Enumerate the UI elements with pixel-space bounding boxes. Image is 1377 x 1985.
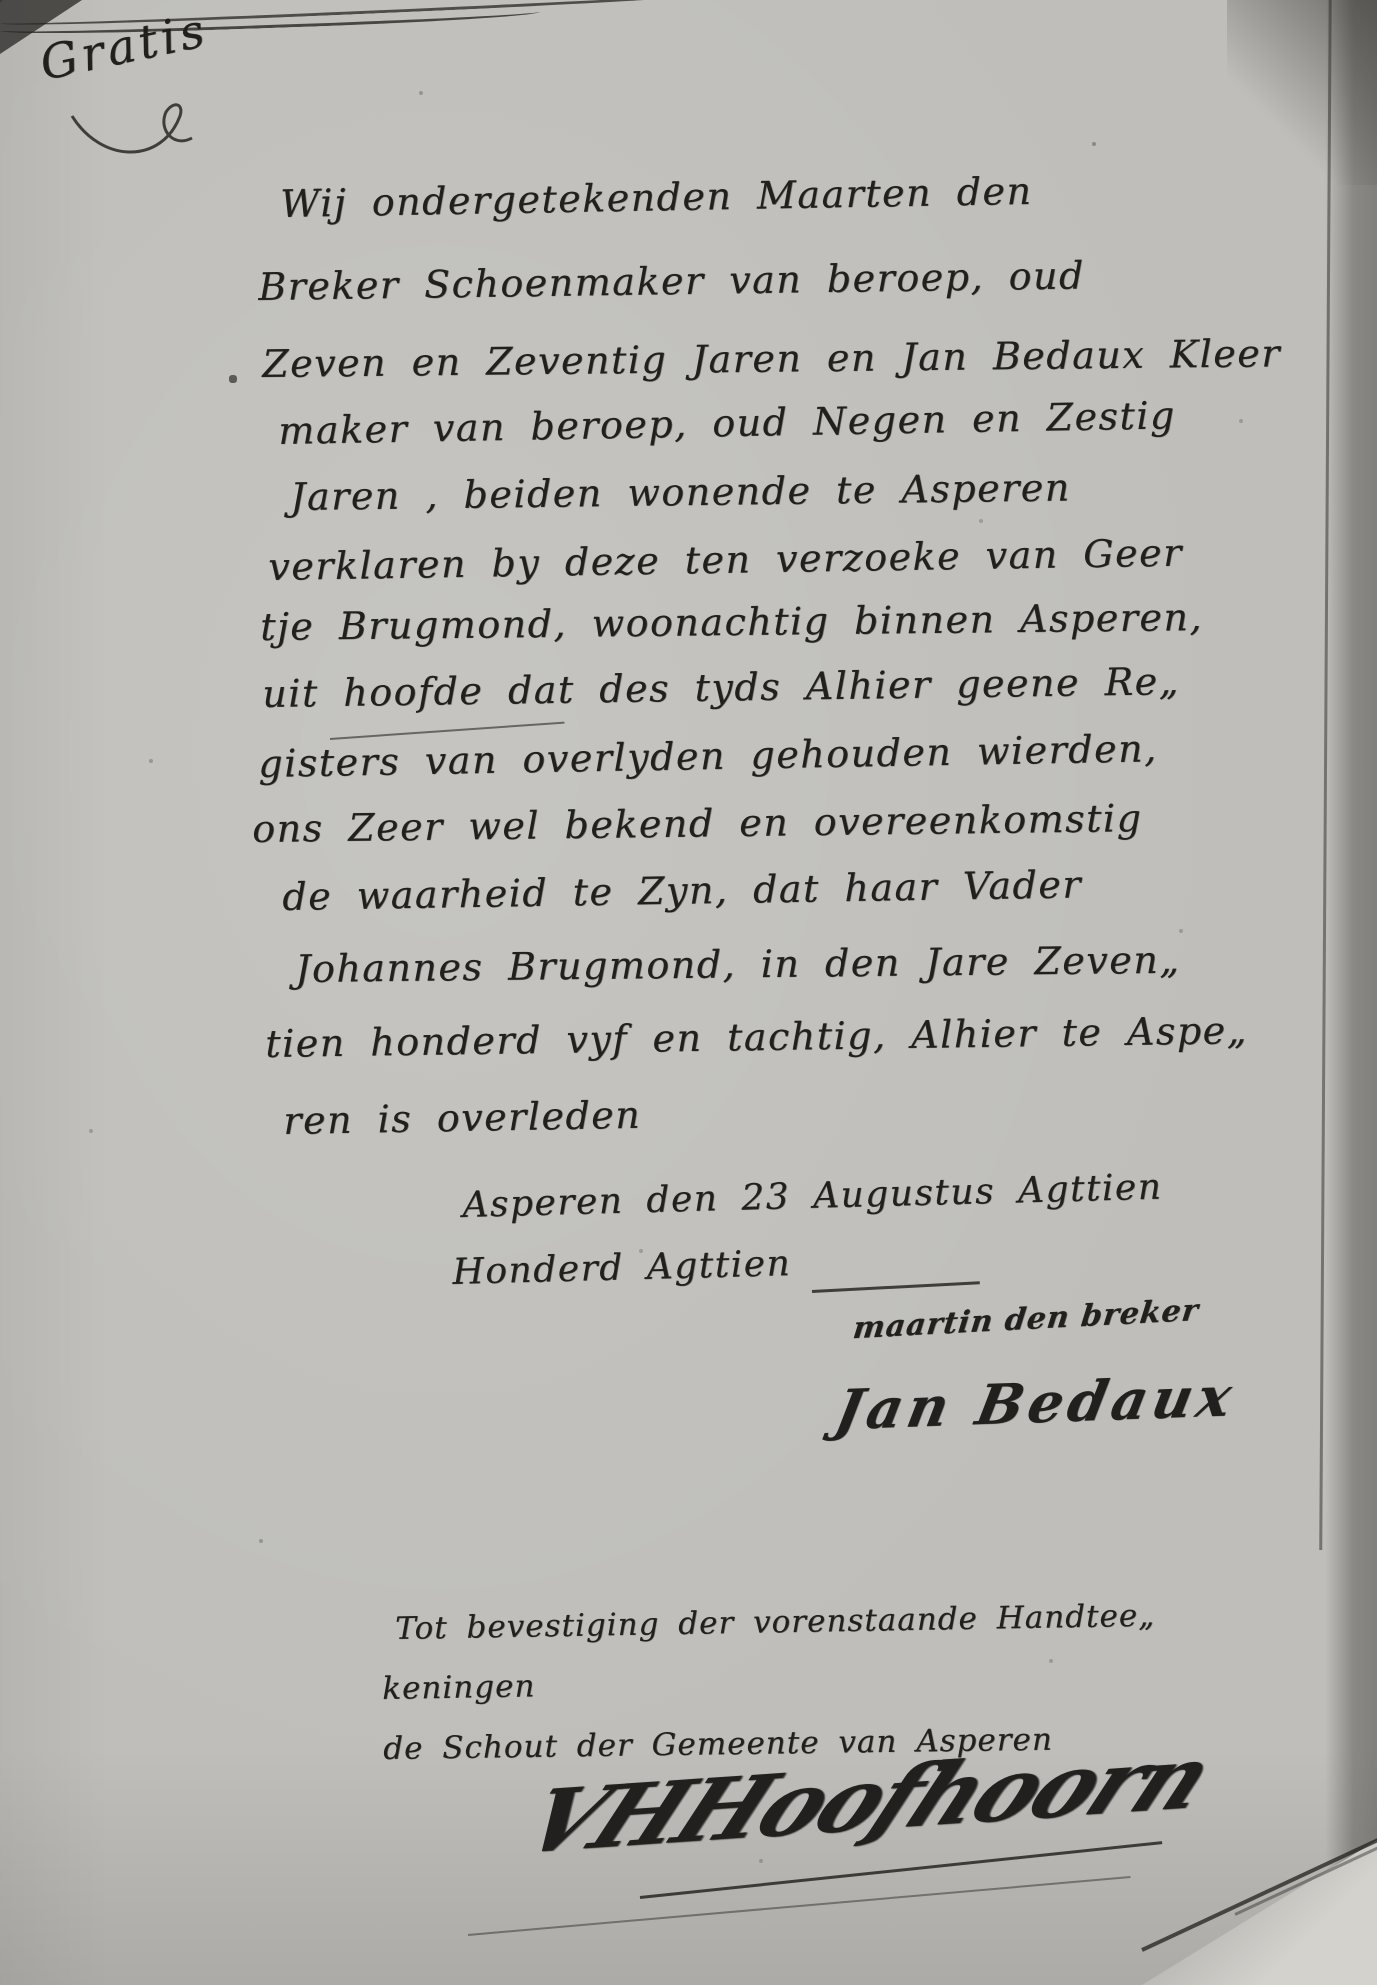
page-edge-shadow-right [1325,0,1377,1985]
attestation-line: Tot bevestiging der vorenstaande Handtee… [395,1601,1155,1645]
body-line: Jaren , beiden wonende te Asperen [290,468,1071,516]
attestation-line: keningen [382,1671,536,1705]
body-line: Breker Schoenmaker van beroep, oud [258,256,1085,306]
gratis-flourish [62,86,202,166]
body-line: uit hoofde dat des tyds Alhier geene Re„ [262,662,1180,713]
signature-underline [468,1876,1131,1936]
body-line: Johannes Brugmond, in den Jare Zeven„ [295,941,1181,988]
dateline-place-date: Asperen den 23 Augustus Agttien [462,1170,1163,1224]
flourish-dash [812,1281,980,1293]
dateline-year: Honderd Agttien [452,1246,792,1291]
body-line: ons Zeer wel bekend en overeenkomstig [252,799,1143,848]
signature-maarten-den-breker: maartin den breker [851,1296,1200,1344]
body-line: ren is overleden [283,1096,641,1140]
body-line: verklaren by deze ten verzoeke van Geer [268,534,1183,586]
ink-speckles [0,0,2,2]
body-line: de waarheid te Zyn, dat haar Vader [282,865,1082,916]
body-line: maker van beroep, oud Negen en Zestig [278,396,1176,450]
document-scan: Gratis Wij ondergetekenden Maarten den B… [0,0,1377,1985]
body-line: tien honderd vyf en tachtig, Alhier te A… [265,1011,1248,1063]
body-line: tje Brugmond, woonachtig binnen Asperen, [260,598,1203,646]
signature-jan-bedaux: Jan Bedaux [831,1368,1241,1437]
body-line: Wij ondergetekenden Maarten den [280,172,1033,223]
body-line: Zeven en Zeventig Jaren en Jan Bedaux Kl… [262,334,1281,383]
body-line: gisters van overlyden gehouden wierden, [258,729,1158,783]
